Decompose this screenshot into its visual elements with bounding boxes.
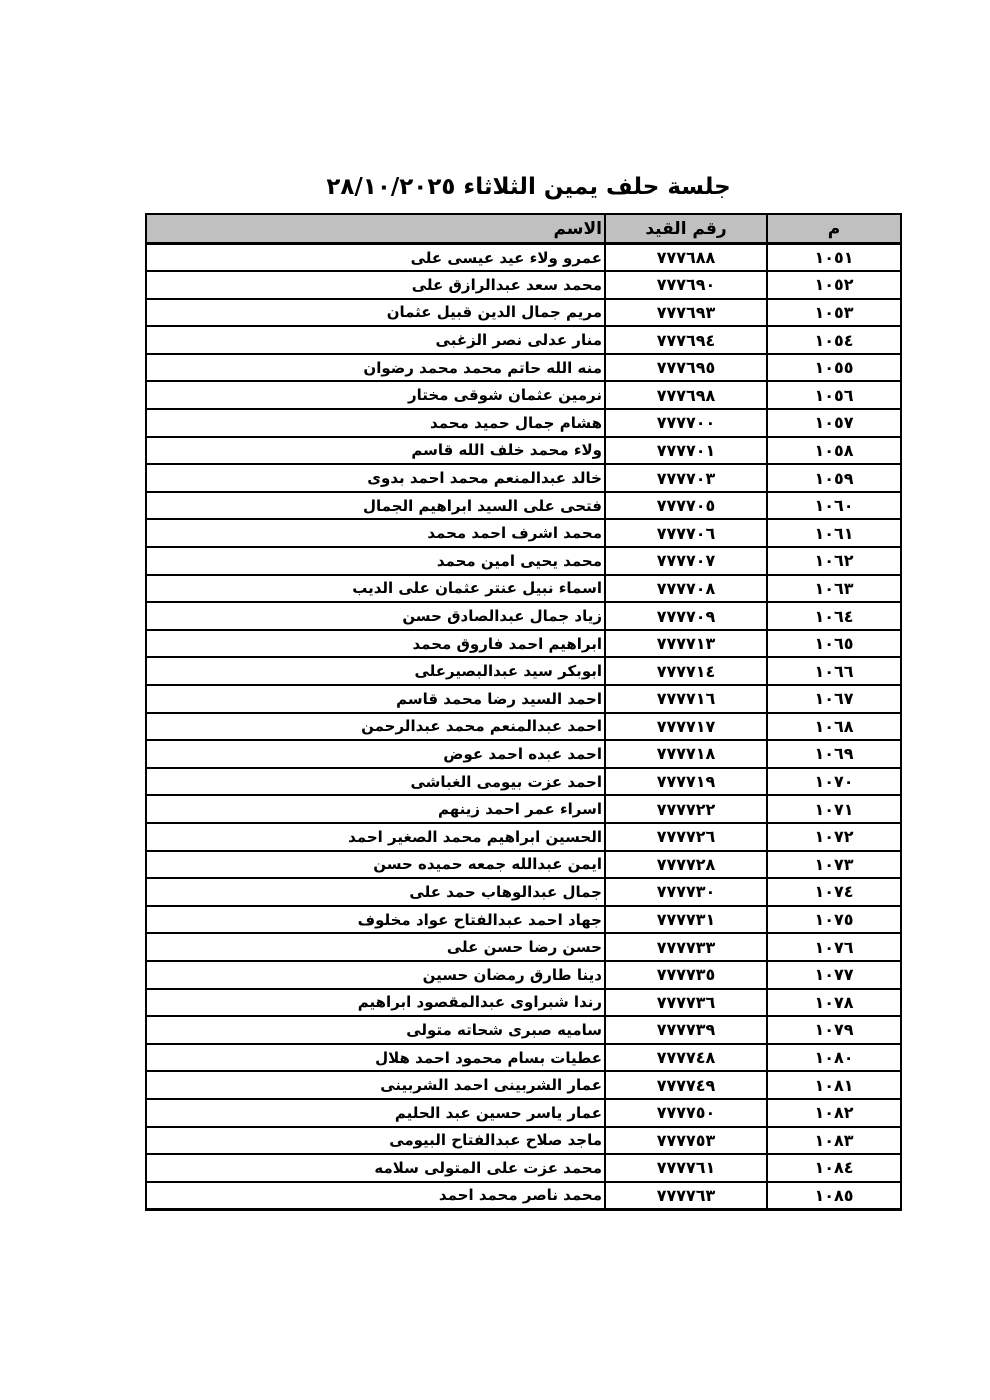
serial-cell: ١٠٨٤ xyxy=(767,1154,901,1182)
registration-number-cell: ٧٧٧٧٤٩ xyxy=(605,1071,767,1099)
registration-number-cell: ٧٧٧٧٣٥ xyxy=(605,961,767,989)
name-cell: ابراهيم احمد فاروق محمد xyxy=(146,630,605,658)
name-cell: زياد جمال عبدالصادق حسن xyxy=(146,602,605,630)
document-page: جلسة حلف يمين الثلاثاء ٢٨/١٠/٢٠٢٥ م رقم … xyxy=(0,0,990,1400)
name-cell: هشام جمال حميد محمد xyxy=(146,409,605,437)
registration-number-cell: ٧٧٧٧٥٣ xyxy=(605,1127,767,1155)
registration-number-cell: ٧٧٧٧٠٩ xyxy=(605,602,767,630)
serial-cell: ١٠٦٣ xyxy=(767,575,901,603)
table-row: ١٠٥٥ ٧٧٧٦٩٥ منه الله حاتم محمد محمد رضوا… xyxy=(146,354,901,382)
name-cell: نرمين عثمان شوقى مختار xyxy=(146,381,605,409)
header-name: الاسم xyxy=(146,214,605,244)
registration-number-cell: ٧٧٧٧٦٣ xyxy=(605,1182,767,1210)
table-row: ١٠٧٢ ٧٧٧٧٢٦ الحسين ابراهيم محمد الصغير ا… xyxy=(146,823,901,851)
table-row: ١٠٥٢ ٧٧٧٦٩٠ محمد سعد عبدالرازق على xyxy=(146,271,901,299)
serial-cell: ١٠٧١ xyxy=(767,795,901,823)
table-row: ١٠٥٣ ٧٧٧٦٩٣ مريم جمال الدين قبيل عثمان xyxy=(146,299,901,327)
table-row: ١٠٦٨ ٧٧٧٧١٧ احمد عبدالمنعم محمد عبدالرحم… xyxy=(146,713,901,741)
name-cell: عمار ياسر حسين عبد الحليم xyxy=(146,1099,605,1127)
registration-number-cell: ٧٧٧٧٢٨ xyxy=(605,851,767,879)
name-cell: عمرو ولاء عيد عيسى على xyxy=(146,244,605,272)
table-row: ١٠٥٩ ٧٧٧٧٠٣ خالد عبدالمنعم محمد احمد بدو… xyxy=(146,464,901,492)
name-cell: اسماء نبيل عنتر عثمان على الديب xyxy=(146,575,605,603)
serial-cell: ١٠٨١ xyxy=(767,1071,901,1099)
serial-cell: ١٠٦١ xyxy=(767,519,901,547)
header-registration-number: رقم القيد xyxy=(605,214,767,244)
registration-number-cell: ٧٧٧٧٠٣ xyxy=(605,464,767,492)
serial-cell: ١٠٥٨ xyxy=(767,437,901,465)
table-row: ١٠٨١ ٧٧٧٧٤٩ عمار الشربينى احمد الشربينى xyxy=(146,1071,901,1099)
table-body: ١٠٥١ ٧٧٧٦٨٨ عمرو ولاء عيد عيسى على ١٠٥٢ … xyxy=(146,244,901,1210)
registration-number-cell: ٧٧٧٦٩٤ xyxy=(605,326,767,354)
registration-number-cell: ٧٧٧٧٠٨ xyxy=(605,575,767,603)
serial-cell: ١٠٦٢ xyxy=(767,547,901,575)
name-cell: احمد عبدالمنعم محمد عبدالرحمن xyxy=(146,713,605,741)
registration-number-cell: ٧٧٧٧٣٩ xyxy=(605,1016,767,1044)
serial-cell: ١٠٥٣ xyxy=(767,299,901,327)
name-cell: الحسين ابراهيم محمد الصغير احمد xyxy=(146,823,605,851)
serial-cell: ١٠٦٦ xyxy=(767,657,901,685)
registration-number-cell: ٧٧٧٦٩٠ xyxy=(605,271,767,299)
table-row: ١٠٦٥ ٧٧٧٧١٣ ابراهيم احمد فاروق محمد xyxy=(146,630,901,658)
serial-cell: ١٠٧٣ xyxy=(767,851,901,879)
table-row: ١٠٦٢ ٧٧٧٧٠٧ محمد يحيى امين محمد xyxy=(146,547,901,575)
name-cell: ولاء محمد خلف الله قاسم xyxy=(146,437,605,465)
table-row: ١٠٧٦ ٧٧٧٧٣٣ حسن رضا حسن على xyxy=(146,933,901,961)
registration-number-cell: ٧٧٧٧٦١ xyxy=(605,1154,767,1182)
serial-cell: ١٠٧٧ xyxy=(767,961,901,989)
name-cell: عطيات بسام محمود احمد هلال xyxy=(146,1044,605,1072)
serial-cell: ١٠٥٥ xyxy=(767,354,901,382)
name-cell: احمد عبده احمد عوض xyxy=(146,740,605,768)
serial-cell: ١٠٥٦ xyxy=(767,381,901,409)
registration-number-cell: ٧٧٧٧٣١ xyxy=(605,906,767,934)
serial-cell: ١٠٦٤ xyxy=(767,602,901,630)
name-cell: جمال عبدالوهاب حمد على xyxy=(146,878,605,906)
table-row: ١٠٥٨ ٧٧٧٧٠١ ولاء محمد خلف الله قاسم xyxy=(146,437,901,465)
registration-number-cell: ٧٧٧٧٠٧ xyxy=(605,547,767,575)
registration-number-cell: ٧٧٧٧٠١ xyxy=(605,437,767,465)
serial-cell: ١٠٥٧ xyxy=(767,409,901,437)
name-cell: منه الله حاتم محمد محمد رضوان xyxy=(146,354,605,382)
name-cell: عمار الشربينى احمد الشربينى xyxy=(146,1071,605,1099)
name-cell: ساميه صبرى شحاته متولى xyxy=(146,1016,605,1044)
table-row: ١٠٥١ ٧٧٧٦٨٨ عمرو ولاء عيد عيسى على xyxy=(146,244,901,272)
registration-number-cell: ٧٧٧٧٣٣ xyxy=(605,933,767,961)
name-cell: جهاد احمد عبدالفتاح عواد مخلوف xyxy=(146,906,605,934)
serial-cell: ١٠٧٢ xyxy=(767,823,901,851)
table-row: ١٠٥٦ ٧٧٧٦٩٨ نرمين عثمان شوقى مختار xyxy=(146,381,901,409)
name-cell: دينا طارق رمضان حسين xyxy=(146,961,605,989)
table-row: ١٠٧٩ ٧٧٧٧٣٩ ساميه صبرى شحاته متولى xyxy=(146,1016,901,1044)
table-row: ١٠٧٨ ٧٧٧٧٣٦ رندا شبراوى عبدالمقصود ابراه… xyxy=(146,989,901,1017)
registration-number-cell: ٧٧٧٧١٤ xyxy=(605,657,767,685)
registration-number-cell: ٧٧٧٧١٦ xyxy=(605,685,767,713)
serial-cell: ١٠٧٤ xyxy=(767,878,901,906)
serial-cell: ١٠٨٠ xyxy=(767,1044,901,1072)
registration-number-cell: ٧٧٧٧٤٨ xyxy=(605,1044,767,1072)
table-row: ١٠٦٤ ٧٧٧٧٠٩ زياد جمال عبدالصادق حسن xyxy=(146,602,901,630)
table-row: ١٠٧٥ ٧٧٧٧٣١ جهاد احمد عبدالفتاح عواد مخل… xyxy=(146,906,901,934)
table-row: ١٠٥٤ ٧٧٧٦٩٤ منار عدلى نصر الزغبى xyxy=(146,326,901,354)
serial-cell: ١٠٦٨ xyxy=(767,713,901,741)
registration-number-cell: ٧٧٧٧٠٥ xyxy=(605,492,767,520)
serial-cell: ١٠٧٠ xyxy=(767,768,901,796)
table-row: ١٠٧٤ ٧٧٧٧٣٠ جمال عبدالوهاب حمد على xyxy=(146,878,901,906)
name-cell: احمد عزت بيومى الغباشى xyxy=(146,768,605,796)
table-row: ١٠٨٢ ٧٧٧٧٥٠ عمار ياسر حسين عبد الحليم xyxy=(146,1099,901,1127)
serial-cell: ١٠٨٢ xyxy=(767,1099,901,1127)
serial-cell: ١٠٥٢ xyxy=(767,271,901,299)
serial-cell: ١٠٦٧ xyxy=(767,685,901,713)
name-cell: محمد اشرف احمد محمد xyxy=(146,519,605,547)
registration-number-cell: ٧٧٧٧٠٦ xyxy=(605,519,767,547)
serial-cell: ١٠٧٦ xyxy=(767,933,901,961)
table-row: ١٠٦٩ ٧٧٧٧١٨ احمد عبده احمد عوض xyxy=(146,740,901,768)
table-row: ١٠٦٣ ٧٧٧٧٠٨ اسماء نبيل عنتر عثمان على ال… xyxy=(146,575,901,603)
header-serial: م xyxy=(767,214,901,244)
serial-cell: ١٠٦٠ xyxy=(767,492,901,520)
table-row: ١٠٧٣ ٧٧٧٧٢٨ ايمن عبدالله جمعه حميده حسن xyxy=(146,851,901,879)
registration-number-cell: ٧٧٧٧٢٢ xyxy=(605,795,767,823)
registration-number-cell: ٧٧٧٧٠٠ xyxy=(605,409,767,437)
name-cell: ايمن عبدالله جمعه حميده حسن xyxy=(146,851,605,879)
registration-number-cell: ٧٧٧٦٩٨ xyxy=(605,381,767,409)
registration-number-cell: ٧٧٧٦٩٥ xyxy=(605,354,767,382)
name-cell: مريم جمال الدين قبيل عثمان xyxy=(146,299,605,327)
name-cell: احمد السيد رضا محمد قاسم xyxy=(146,685,605,713)
table-row: ١٠٧٧ ٧٧٧٧٣٥ دينا طارق رمضان حسين xyxy=(146,961,901,989)
registration-number-cell: ٧٧٧٦٨٨ xyxy=(605,244,767,272)
name-cell: محمد عزت على المتولى سلامه xyxy=(146,1154,605,1182)
serial-cell: ١٠٥١ xyxy=(767,244,901,272)
registration-number-cell: ٧٧٧٧٣٦ xyxy=(605,989,767,1017)
name-cell: حسن رضا حسن على xyxy=(146,933,605,961)
table-row: ١٠٧١ ٧٧٧٧٢٢ اسراء عمر احمد زينهم xyxy=(146,795,901,823)
registration-number-cell: ٧٧٧٦٩٣ xyxy=(605,299,767,327)
name-cell: ابوبكر سيد عبدالبصيرعلى xyxy=(146,657,605,685)
table-row: ١٠٦٧ ٧٧٧٧١٦ احمد السيد رضا محمد قاسم xyxy=(146,685,901,713)
registration-number-cell: ٧٧٧٧١٨ xyxy=(605,740,767,768)
serial-cell: ١٠٧٩ xyxy=(767,1016,901,1044)
serial-cell: ١٠٦٩ xyxy=(767,740,901,768)
serial-cell: ١٠٧٨ xyxy=(767,989,901,1017)
registration-number-cell: ٧٧٧٧١٣ xyxy=(605,630,767,658)
name-cell: ماجد صلاح عبدالفتاح البيومى xyxy=(146,1127,605,1155)
registration-number-cell: ٧٧٧٧٣٠ xyxy=(605,878,767,906)
name-cell: محمد سعد عبدالرازق على xyxy=(146,271,605,299)
name-cell: رندا شبراوى عبدالمقصود ابراهيم xyxy=(146,989,605,1017)
registration-number-cell: ٧٧٧٧٢٦ xyxy=(605,823,767,851)
table-row: ١٠٦١ ٧٧٧٧٠٦ محمد اشرف احمد محمد xyxy=(146,519,901,547)
table-row: ١٠٦٦ ٧٧٧٧١٤ ابوبكر سيد عبدالبصيرعلى xyxy=(146,657,901,685)
table-row: ١٠٨٣ ٧٧٧٧٥٣ ماجد صلاح عبدالفتاح البيومى xyxy=(146,1127,901,1155)
serial-cell: ١٠٦٥ xyxy=(767,630,901,658)
table-row: ١٠٦٠ ٧٧٧٧٠٥ فتحى على السيد ابراهيم الجما… xyxy=(146,492,901,520)
page-title: جلسة حلف يمين الثلاثاء ٢٨/١٠/٢٠٢٥ xyxy=(155,174,902,200)
name-cell: محمد ناصر محمد احمد xyxy=(146,1182,605,1210)
serial-cell: ١٠٥٩ xyxy=(767,464,901,492)
registration-number-cell: ٧٧٧٧٥٠ xyxy=(605,1099,767,1127)
table-row: ١٠٨٤ ٧٧٧٧٦١ محمد عزت على المتولى سلامه xyxy=(146,1154,901,1182)
table-header: م رقم القيد الاسم xyxy=(146,214,901,244)
registration-number-cell: ٧٧٧٧١٧ xyxy=(605,713,767,741)
table-row: ١٠٧٠ ٧٧٧٧١٩ احمد عزت بيومى الغباشى xyxy=(146,768,901,796)
serial-cell: ١٠٥٤ xyxy=(767,326,901,354)
oath-session-table: م رقم القيد الاسم ١٠٥١ ٧٧٧٦٨٨ عمرو ولاء … xyxy=(145,213,902,1211)
serial-cell: ١٠٨٥ xyxy=(767,1182,901,1210)
registration-number-cell: ٧٧٧٧١٩ xyxy=(605,768,767,796)
table-row: ١٠٨٥ ٧٧٧٧٦٣ محمد ناصر محمد احمد xyxy=(146,1182,901,1210)
name-cell: منار عدلى نصر الزغبى xyxy=(146,326,605,354)
serial-cell: ١٠٧٥ xyxy=(767,906,901,934)
table-row: ١٠٥٧ ٧٧٧٧٠٠ هشام جمال حميد محمد xyxy=(146,409,901,437)
table-row: ١٠٨٠ ٧٧٧٧٤٨ عطيات بسام محمود احمد هلال xyxy=(146,1044,901,1072)
name-cell: محمد يحيى امين محمد xyxy=(146,547,605,575)
serial-cell: ١٠٨٣ xyxy=(767,1127,901,1155)
name-cell: اسراء عمر احمد زينهم xyxy=(146,795,605,823)
name-cell: خالد عبدالمنعم محمد احمد بدوى xyxy=(146,464,605,492)
header-row: م رقم القيد الاسم xyxy=(146,214,901,244)
name-cell: فتحى على السيد ابراهيم الجمال xyxy=(146,492,605,520)
